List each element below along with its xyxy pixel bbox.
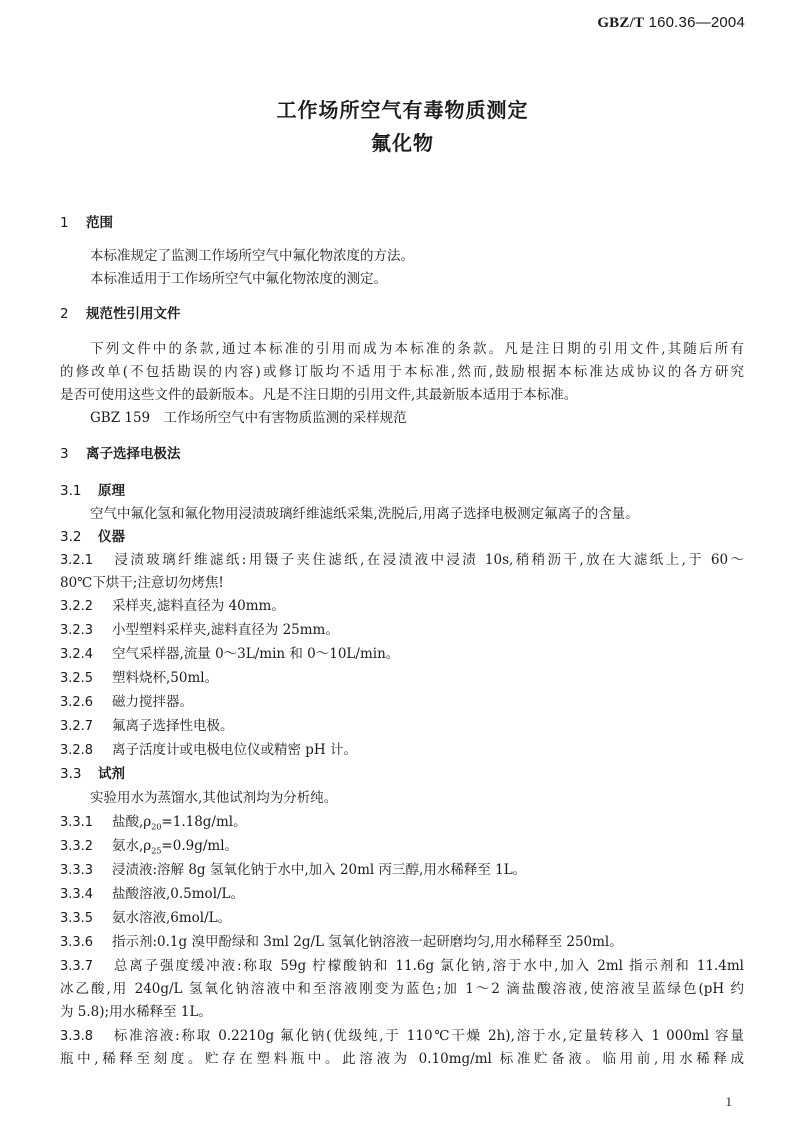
clause-number: 3.2.4 [60, 646, 112, 664]
subsection-number: 3.3 [60, 765, 98, 783]
clause-number: 3.3.1 [60, 814, 112, 832]
clause-number: 3.3.7 [60, 958, 112, 976]
clause-number: 3.2.6 [60, 694, 112, 712]
clause-number: 3.3.4 [60, 886, 112, 904]
paragraph-continuation: 的修改单(不包括勘误的内容)或修订版均不适用于本标准,然而,鼓励根据本标准达成协… [60, 363, 744, 381]
clause-3-2-7: 3.2.7氟离子选择性电极。 [60, 717, 234, 736]
document-subtitle: 氟化物 [0, 127, 805, 156]
clause-text: 浸渍玻璃纤维滤纸:用镊子夹住滤纸,在浸渍液中浸渍 10s,稍稍沥干,放在大滤纸上… [112, 552, 744, 568]
page-number: 1 [726, 1094, 733, 1110]
document-title: 工作场所空气有毒物质测定 [0, 94, 805, 123]
section-number: 2 [60, 305, 86, 323]
section-heading-3: 3离子选择电极法 [60, 445, 181, 463]
clause-number: 3.3.3 [60, 862, 112, 880]
clause-number: 3.2.5 [60, 670, 112, 688]
clause-number: 3.3.2 [60, 838, 112, 856]
clause-text: 塑料烧杯,50ml。 [112, 670, 218, 686]
clause-text: =0.9g/ml。 [161, 838, 238, 854]
clause-number: 3.2.3 [60, 622, 112, 640]
clause-3-2-3: 3.2.3小型塑料采样夹,滤料直径为 25mm。 [60, 621, 339, 640]
clause-continuation: 瓶中,稀释至刻度。贮存在塑料瓶中。此溶液为 0.10mg/ml 标准贮备液。临用… [60, 1050, 744, 1068]
clause-continuation: 为 5.8);用水稀释至 1L。 [60, 1003, 212, 1021]
clause-text: 氟离子选择性电极。 [112, 718, 234, 734]
subsection-number: 3.1 [60, 482, 98, 500]
clause-3-3-3: 3.3.3浸渍液:溶解 8g 氢氧化钠于水中,加入 20ml 丙三醇,用水稀释至… [60, 861, 526, 880]
clause-3-3-4: 3.3.4盐酸溶液,0.5mol/L。 [60, 885, 244, 904]
section-title: 范围 [86, 215, 113, 231]
clause-number: 3.3.6 [60, 934, 112, 952]
paragraph-continuation: 是否可使用这些文件的最新版本。凡是不注日期的引用文件,其最新版本适用于本标准。 [60, 386, 577, 404]
clause-number: 3.3.5 [60, 910, 112, 928]
clause-text: 浸渍液:溶解 8g 氢氧化钠于水中,加入 20ml 丙三醇,用水稀释至 1L。 [112, 862, 526, 878]
clause-text: 氨水溶液,6mol/L。 [112, 910, 231, 926]
clause-text: 氨水,ρ [112, 838, 151, 854]
normative-reference: GBZ 159 工作场所空气中有害物质监测的采样规范 [90, 409, 407, 427]
clause-text: 采样夹,滤料直径为 40mm。 [112, 598, 285, 614]
section-number: 3 [60, 445, 86, 463]
clause-3-3-1: 3.3.1盐酸,ρ20=1.18g/ml。 [60, 813, 247, 837]
clause-3-3-7: 3.3.7总离子强度缓冲液:称取 59g 柠檬酸钠和 11.6g 氯化钠,溶于水… [60, 957, 744, 976]
paragraph: 本标准适用于工作场所空气中氟化物浓度的测定。 [90, 270, 387, 288]
clause-3-2-6: 3.2.6磁力搅拌器。 [60, 693, 193, 712]
paragraph: 下列文件中的条款,通过本标准的引用而成为本标准的条款。凡是注日期的引用文件,其随… [90, 340, 744, 358]
clause-text: 离子活度计或电极电位仪或精密 pH 计。 [112, 742, 357, 758]
clause-text: 盐酸溶液,0.5mol/L。 [112, 886, 244, 902]
subsection-title: 试剂 [98, 766, 125, 782]
subsection-heading-3-2: 3.2仪器 [60, 528, 125, 546]
section-title: 规范性引用文件 [86, 306, 181, 322]
clause-3-2-8: 3.2.8离子活度计或电极电位仪或精密 pH 计。 [60, 741, 357, 760]
clause-text: 小型塑料采样夹,滤料直径为 25mm。 [112, 622, 339, 638]
paragraph: 本标准规定了监测工作场所空气中氟化物浓度的方法。 [90, 247, 414, 265]
standard-code-prefix: GBZ/T [597, 15, 644, 31]
clause-number: 3.2.2 [60, 598, 112, 616]
subsection-title: 仪器 [98, 529, 125, 545]
clause-text: 指示剂:0.1g 溴甲酚绿和 3ml 2g/L 氢氧化钠溶液一起研磨均匀,用水稀… [112, 934, 623, 950]
clause-3-3-2: 3.3.2氨水,ρ25=0.9g/ml。 [60, 837, 238, 861]
standard-code-number: 160.36—2004 [644, 14, 745, 31]
subsection-heading-3-1: 3.1原理 [60, 482, 125, 500]
clause-3-3-6: 3.3.6指示剂:0.1g 溴甲酚绿和 3ml 2g/L 氢氧化钠溶液一起研磨均… [60, 933, 623, 952]
clause-text: 盐酸,ρ [112, 814, 151, 830]
section-heading-2: 2规范性引用文件 [60, 305, 181, 323]
subsection-number: 3.2 [60, 528, 98, 546]
clause-text: =1.18g/ml。 [161, 814, 246, 830]
clause-continuation: 冰乙酸,用 240g/L 氢氧化钠溶液中和至溶液刚变为蓝色;加 1～2 滴盐酸溶… [60, 980, 744, 998]
clause-text: 空气采样器,流量 0～3L/min 和 0～10L/min。 [112, 646, 399, 662]
section-heading-1: 1范围 [60, 214, 113, 232]
standard-code: GBZ/T 160.36—2004 [597, 14, 745, 32]
clause-number: 3.2.8 [60, 742, 112, 760]
clause-text: 标准溶液:称取 0.2210g 氟化钠(优级纯,于 110℃干燥 2h),溶于水… [112, 1028, 744, 1044]
paragraph: 实验用水为蒸馏水,其他试剂均为分析纯。 [90, 789, 337, 807]
clause-3-3-5: 3.3.5氨水溶液,6mol/L。 [60, 909, 231, 928]
clause-number: 3.2.1 [60, 552, 112, 570]
section-number: 1 [60, 214, 86, 232]
clause-number: 3.3.8 [60, 1028, 112, 1046]
density-subscript: 25 [151, 847, 161, 856]
clause-3-2-1: 3.2.1浸渍玻璃纤维滤纸:用镊子夹住滤纸,在浸渍液中浸渍 10s,稍稍沥干,放… [60, 551, 744, 570]
subsection-title: 原理 [98, 483, 125, 499]
subsection-heading-3-3: 3.3试剂 [60, 765, 125, 783]
clause-3-2-2: 3.2.2采样夹,滤料直径为 40mm。 [60, 597, 285, 616]
clause-number: 3.2.7 [60, 718, 112, 736]
section-title: 离子选择电极法 [86, 446, 181, 462]
clause-text: 磁力搅拌器。 [112, 694, 193, 710]
paragraph: 空气中氟化氢和氟化物用浸渍玻璃纤维滤纸采集,洗脱后,用离子选择电极测定氟离子的含… [90, 505, 639, 523]
clause-continuation: 80℃下烘干;注意切勿烤焦! [60, 574, 224, 592]
density-subscript: 20 [151, 823, 161, 832]
clause-text: 总离子强度缓冲液:称取 59g 柠檬酸钠和 11.6g 氯化钠,溶于水中,加入 … [112, 958, 744, 974]
clause-3-2-4: 3.2.4空气采样器,流量 0～3L/min 和 0～10L/min。 [60, 645, 399, 664]
clause-3-2-5: 3.2.5塑料烧杯,50ml。 [60, 669, 218, 688]
clause-3-3-8: 3.3.8标准溶液:称取 0.2210g 氟化钠(优级纯,于 110℃干燥 2h… [60, 1027, 744, 1046]
